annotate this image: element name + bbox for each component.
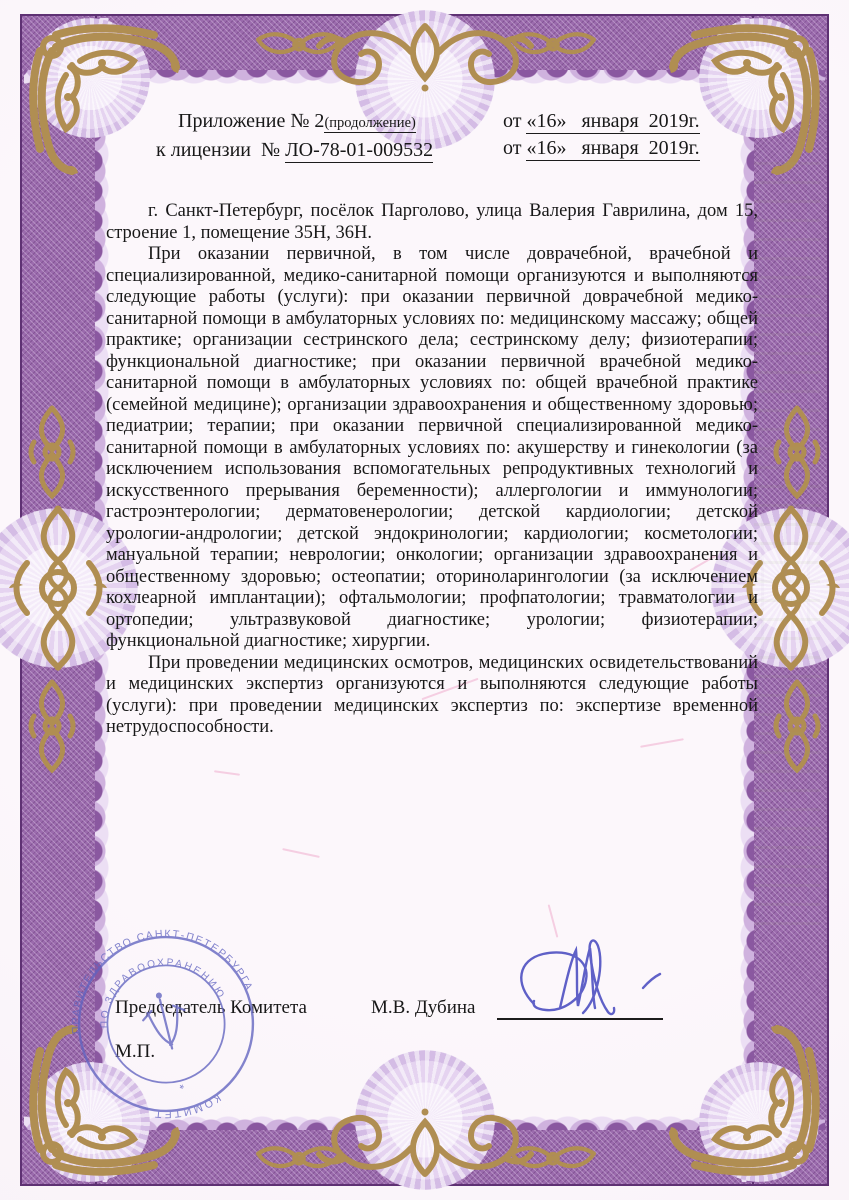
expertise-paragraph: При проведении медицинских осмотров, мед… [106,653,758,739]
signature-stroke [498,928,678,1028]
date-line-2: от «16» января 2019г. [503,135,700,162]
signer-name: М.В. Дубина [371,997,475,1019]
date-value: «16» января 2019г. [526,110,699,134]
appendix-block: Приложение № 2(продолжение) к лицензии №… [156,108,433,164]
license-appendix-page: Приложение № 2(продолжение) к лицензии №… [0,0,849,1200]
appendix-note: (продолжение) [324,115,415,133]
works-paragraph: При оказании первичной, в том числе довр… [106,244,758,653]
address-paragraph: г. Санкт-Петербург, посёлок Парголово, у… [106,201,758,244]
appendix-title: Приложение № 2 [178,110,324,132]
stamp-coat-of-arms-icon [138,987,193,1053]
date-line-1: от «16» января 2019г. [503,108,700,135]
dates-block: от «16» января 2019г. от «16» января 201… [503,108,700,162]
date-value: «16» января 2019г. [526,137,699,161]
document-body: г. Санкт-Петербург, посёлок Парголово, у… [106,201,758,739]
license-number: ЛО-78-01-009532 [285,139,433,163]
license-label: к лицензии № [156,139,280,161]
